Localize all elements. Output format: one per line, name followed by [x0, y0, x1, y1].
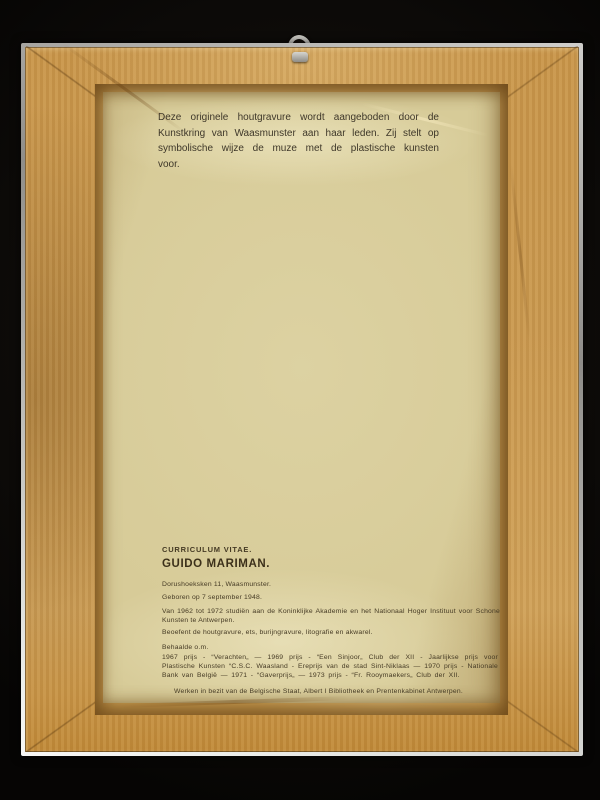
photo-of-framed-print-back: { "scene": { "subject": "back-of-framed-…	[0, 0, 600, 800]
hanger-screw-plate-icon	[292, 52, 308, 62]
dedication-note: Deze originele houtgravure wordt aangebo…	[158, 110, 439, 172]
artist-name: GUIDO MARIMAN.	[162, 558, 270, 570]
artist-birthdate: Geboren op 7 september 1948.	[162, 594, 262, 601]
artist-education: Van 1962 tot 1972 studiën aan de Koninkl…	[162, 608, 500, 625]
collections-note: Werken in bezit van de Belgische Staat, …	[174, 688, 463, 695]
artist-address: Dorushoeksken 11, Waasmunster.	[162, 581, 271, 588]
cv-heading: CURRICULUM VITAE.	[162, 545, 252, 554]
awards-intro: Behaalde o.m.	[162, 644, 208, 651]
awards-list: 1967 prijs - “Verachten„ — 1969 prijs - …	[162, 653, 498, 680]
artist-techniques: Beoefent de houtgravure, ets, burijngrav…	[162, 629, 373, 636]
